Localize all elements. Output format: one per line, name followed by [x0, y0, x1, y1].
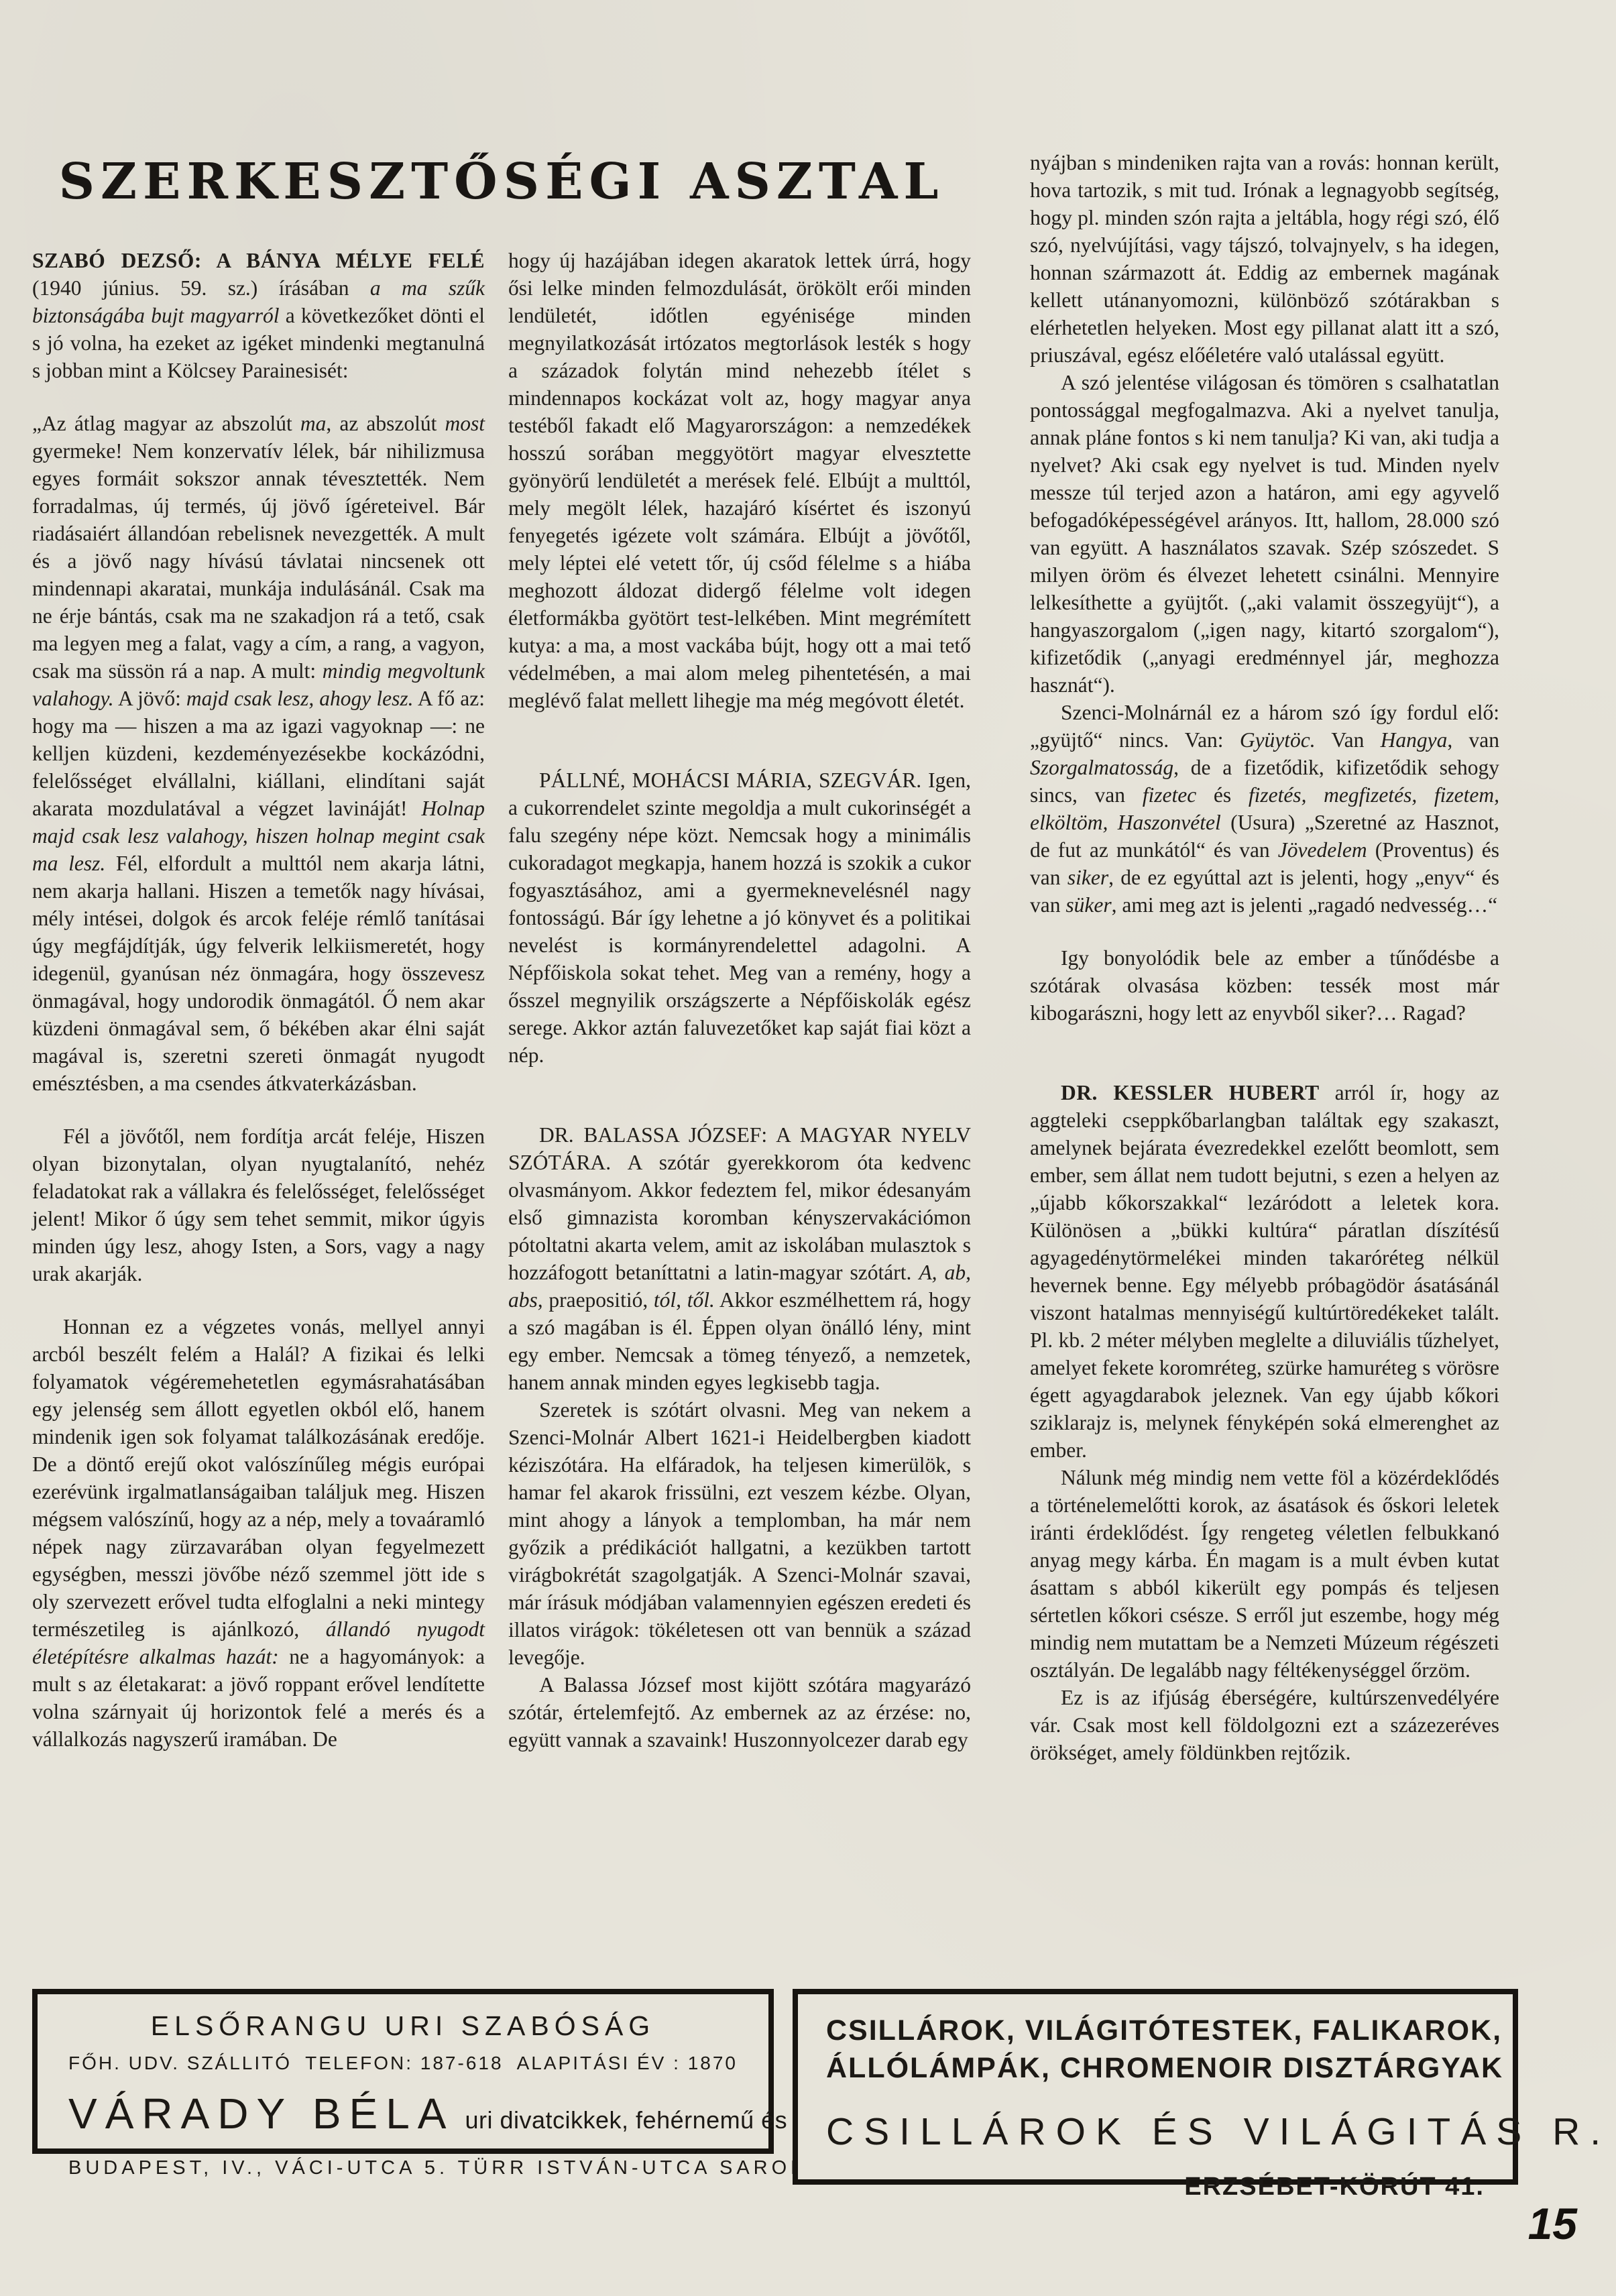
ad-telephone: TELEFON: 187-618	[305, 2053, 503, 2074]
paragraph: A Balassa József most kijött szótára mag…	[508, 1671, 971, 1754]
paragraph: Ez is az ifjúság éberségére, kultúrszenv…	[1030, 1684, 1499, 1766]
ad-headline: ELSŐRANGU URI SZABÓSÁG	[68, 2010, 738, 2042]
paragraph: Szeretek is szótárt olvasni. Meg van nek…	[508, 1396, 971, 1671]
page-content: SZERKESZTŐSÉGI ASZTAL SZABÓ DEZSŐ: A BÁN…	[32, 149, 1499, 1766]
ad-csillarok-vilagitas: CSILLÁROK, VILÁGITÓTESTEK, FALIKAROK, ÁL…	[793, 1989, 1518, 2185]
article-column-3: nyájban s mindeniken rajta van a rovás: …	[1030, 149, 1499, 1766]
magazine-page-scan: SZERKESZTŐSÉGI ASZTAL SZABÓ DEZSŐ: A BÁN…	[0, 0, 1616, 2296]
paragraph: hogy új hazájában idegen akaratok lettek…	[508, 247, 971, 714]
ad-product-line-2: ÁLLÓLÁMPÁK, CHROMENOIR DISZTÁRGYAK	[826, 2049, 1485, 2087]
ad-supplier-label: FŐH. UDV. SZÁLLITÓ	[68, 2053, 292, 2074]
page-title: SZERKESZTŐSÉGI ASZTAL	[32, 153, 971, 211]
ad-meta-row: FŐH. UDV. SZÁLLITÓ TELEFON: 187-618 ALAP…	[68, 2053, 738, 2074]
paragraph: Igy bonyolódik bele az ember a tűnődésbe…	[1030, 944, 1499, 1027]
paragraph-balassa-lead: DR. BALASSA JÓZSEF: A MAGYAR NYELV SZÓTÁ…	[508, 1121, 971, 1396]
ad-founding-year: ALAPITÁSI ÉV : 1870	[517, 2053, 738, 2074]
ad-product-line-1: CSILLÁROK, VILÁGITÓTESTEK, FALIKAROK,	[826, 2012, 1485, 2049]
paragraph-kessler-lead: DR. KESSLER HUBERT arról ír, hogy az agg…	[1030, 1079, 1499, 1464]
two-column-block: SZABÓ DEZSŐ: A BÁNYA MÉLYE FELÉ (1940 jú…	[32, 247, 971, 1754]
left-zone: SZERKESZTŐSÉGI ASZTAL SZABÓ DEZSŐ: A BÁN…	[32, 149, 971, 1766]
advertisement-row: ELSŐRANGU URI SZABÓSÁG FŐH. UDV. SZÁLLIT…	[32, 1989, 1518, 2185]
ad-brand-name: VÁRADY BÉLA	[68, 2089, 454, 2138]
paragraph: nyájban s mindeniken rajta van a rovás: …	[1030, 149, 1499, 369]
paragraph: A szó jelentése világosan és tömören s c…	[1030, 369, 1499, 699]
article-column-1: SZABÓ DEZSŐ: A BÁNYA MÉLYE FELÉ (1940 jú…	[32, 247, 485, 1754]
ad-address: BUDAPEST, IV., VÁCI-UTCA 5. TÜRR ISTVÁN-…	[68, 2157, 738, 2179]
paragraph-szabo-dezso-lead: SZABÓ DEZSŐ: A BÁNYA MÉLYE FELÉ (1940 jú…	[32, 247, 485, 384]
paragraph: Honnan ez a végzetes vonás, mellyel anny…	[32, 1313, 485, 1753]
ad-varady-bela: ELSŐRANGU URI SZABÓSÁG FŐH. UDV. SZÁLLIT…	[32, 1989, 774, 2154]
paragraph: Nálunk még mindig nem vette föl a közérd…	[1030, 1464, 1499, 1684]
paragraph: Szenci-Molnárnál ez a három szó így ford…	[1030, 699, 1499, 919]
ad-address: ERZSÉBET-KÖRÚT 41.	[826, 2173, 1485, 2201]
paragraph-pallne-lead: PÁLLNÉ, MOHÁCSI MÁRIA, SZEGVÁR. Igen, a …	[508, 766, 971, 1069]
page-number: 15	[1528, 2198, 1577, 2249]
paragraph: Fél a jövőtől, nem fordítja arcát feléje…	[32, 1123, 485, 1287]
article-column-2: hogy új hazájában idegen akaratok lettek…	[508, 247, 971, 1754]
ad-company-name: CSILLÁROK ÉS VILÁGITÁS R. T.	[826, 2110, 1485, 2154]
ad-brand-row: VÁRADY BÉLA uri divatcikkek, fehérnemű é…	[68, 2089, 738, 2138]
paragraph: „Az átlag magyar az abszolút ma, az absz…	[32, 410, 485, 1097]
